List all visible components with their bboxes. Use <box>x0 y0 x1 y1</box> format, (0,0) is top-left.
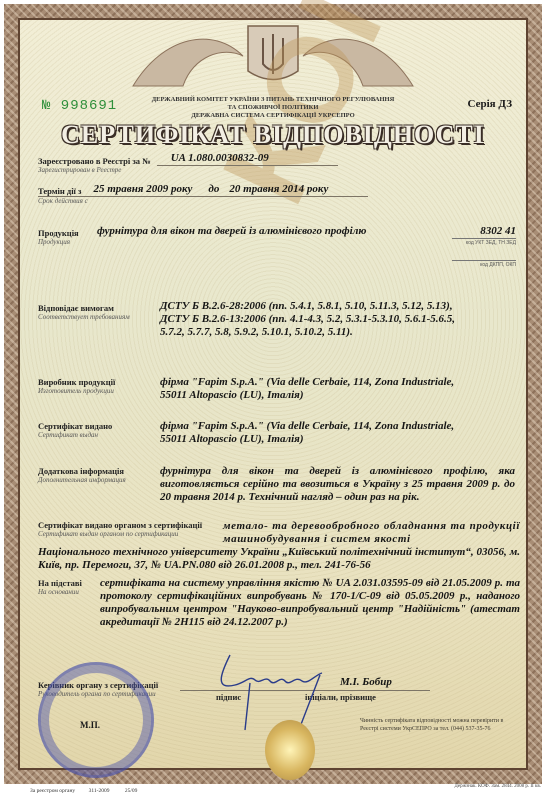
certificate-body: КОПІЯ № 998691 Серія ДЗ ДЕРЖАВНИЙ КОМІТЕ… <box>18 18 528 770</box>
issuing-body-field: Сертифікат видано органом з сертифікації… <box>38 520 520 572</box>
valid-to: 20 травня 2014 року <box>229 183 328 196</box>
verification-note: Чинність сертифіката відповідності можна… <box>360 717 520 733</box>
footer-registry: За реєстром органу 311-2009 25/09 <box>30 788 137 794</box>
registry-field: Зареєстровано в Реєстрі за № UA 1.080.00… <box>38 152 338 175</box>
requirements-standards: ДСТУ Б В.2.6-28:2006 (пп. 5.4.1, 5.8.1, … <box>160 300 455 339</box>
basis-text: сертифіката на систему управління якістю… <box>100 577 520 629</box>
issuing-authority: ДЕРЖАВНИЙ КОМІТЕТ УКРАЇНИ З ПИТАНЬ ТЕХНІ… <box>20 96 526 120</box>
code-uktzed: 8302 41 <box>452 225 516 238</box>
issuing-body-address: Національного технічного університету Ук… <box>38 546 520 572</box>
additional-info-text: фурнітура для вікон та дверей із алюміні… <box>160 465 515 504</box>
product-codes: 8302 41 код УКТ ЗЕД, ТН ЗЕД код ДКПП, ОК… <box>452 225 516 268</box>
certificate-title: СЕРТИФІКАТ ВІДПОВІДНОСТІ <box>20 120 526 150</box>
seal-mark: М.П. <box>80 720 100 730</box>
validity-field: Термін дії з 25 травня 2009 року до 20 т… <box>38 183 368 206</box>
registry-number: UA 1.080.0030832-09 <box>157 152 338 166</box>
top-ornament-icon <box>123 16 423 96</box>
certificate-sheet: КОПІЯ № 998691 Серія ДЗ ДЕРЖАВНИЙ КОМІТЕ… <box>4 4 542 784</box>
bottom-emblem-icon <box>265 720 315 780</box>
valid-from: 25 травня 2009 року <box>93 183 192 196</box>
product-field: Продукція фурнітура для вікон та дверей … <box>38 225 418 247</box>
issuing-body-name: метало- та деревообробного обладнання та… <box>223 520 520 546</box>
manufacturer-name: фірма "Fapim S.p.A." (Via delle Cerbaie,… <box>160 376 454 402</box>
product-name: фурнітура для вікон та дверей із алюміні… <box>97 225 366 238</box>
printer-imprint: Держзнак. КОФ. Зам. 2844. 2008 р. II кв. <box>454 784 541 789</box>
issued-to-name: фірма "Fapim S.p.A." (Via delle Cerbaie,… <box>160 420 454 446</box>
